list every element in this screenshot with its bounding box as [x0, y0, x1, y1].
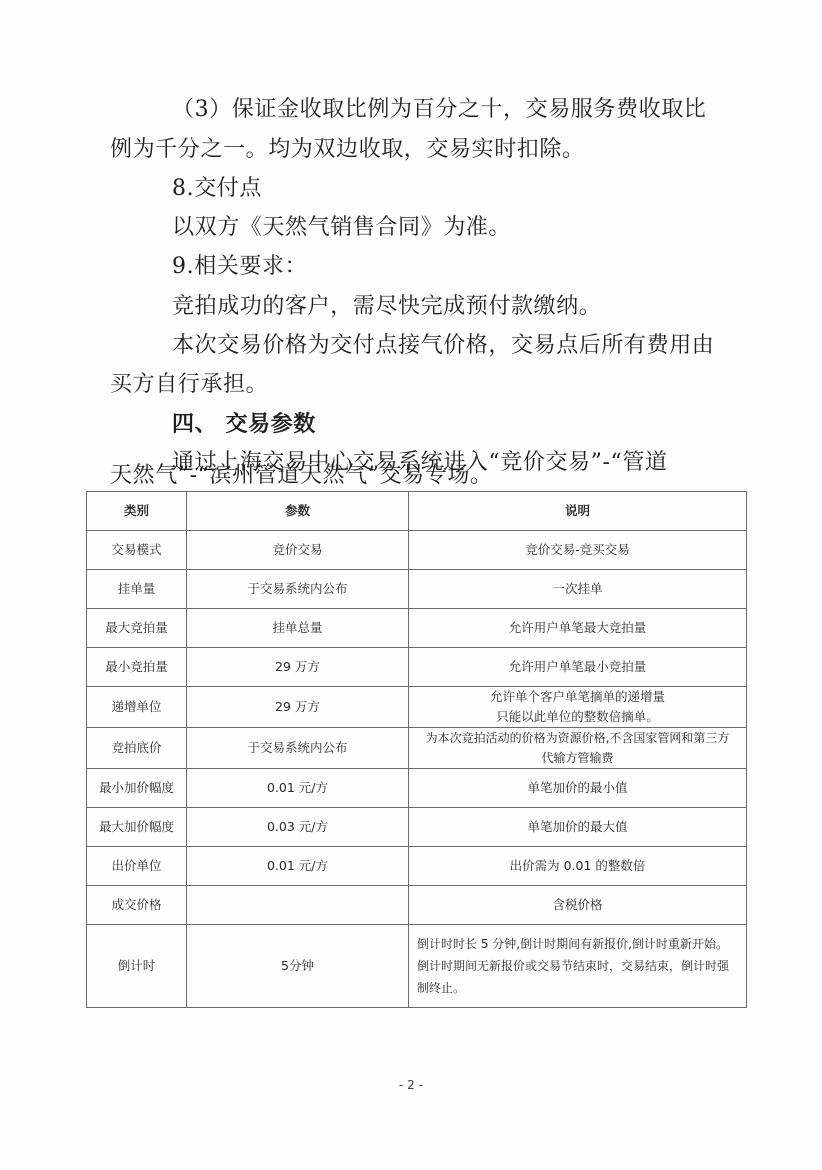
table-row: 最小加价幅度 0.01 元/方 单笔加价的最小值	[87, 769, 747, 808]
cell-desc-line: 为本次竞拍活动的价格为资源价格,不含国家管网和第三方	[413, 728, 742, 748]
cell-param	[187, 886, 409, 925]
page-number: - 2 -	[0, 1078, 822, 1092]
cell-category: 最大加价幅度	[87, 808, 187, 847]
cell-param: 29 万方	[187, 648, 409, 687]
table-row: 挂单量 于交易系统内公布 一次挂单	[87, 570, 747, 609]
table-row: 交易模式 竞价交易 竞价交易-竞买交易	[87, 531, 747, 570]
table-row: 最小竞拍量 29 万方 允许用户单笔最小竞拍量	[87, 648, 747, 687]
header-description: 说明	[409, 492, 747, 531]
cell-param: 29 万方	[187, 687, 409, 728]
cell-desc-line: 只能以此单位的整数倍摘单。	[413, 707, 742, 727]
paragraph-deposit-ratio: （3）保证金收取比例为百分之十，交易服务费收取比	[172, 99, 706, 121]
table-row: 最大加价幅度 0.03 元/方 单笔加价的最大值	[87, 808, 747, 847]
cell-category: 挂单量	[87, 570, 187, 609]
cell-desc: 含税价格	[409, 886, 747, 925]
table-row: 成交价格 含税价格	[87, 886, 747, 925]
cell-category: 倒计时	[87, 925, 187, 1008]
cell-param: 0.03 元/方	[187, 808, 409, 847]
cell-param: 5分钟	[187, 925, 409, 1008]
table-row: 竞拍底价 于交易系统内公布 为本次竞拍活动的价格为资源价格,不含国家管网和第三方…	[87, 728, 747, 769]
header-category: 类别	[87, 492, 187, 531]
heading-delivery-point: 8.交付点	[172, 178, 262, 200]
cell-param: 0.01 元/方	[187, 847, 409, 886]
cell-desc: 单笔加价的最大值	[409, 808, 747, 847]
table-row: 最大竞拍量 挂单总量 允许用户单笔最大竞拍量	[87, 609, 747, 648]
paragraph-deposit-ratio-cont: 例为千分之一。均为双边收取，交易实时扣除。	[110, 139, 585, 161]
cell-desc: 为本次竞拍活动的价格为资源价格,不含国家管网和第三方 代输方管输费	[409, 728, 747, 769]
cell-category: 出价单位	[87, 847, 187, 886]
table-header-row: 类别 参数 说明	[87, 492, 747, 531]
heading-requirements: 9.相关要求：	[172, 256, 307, 278]
cell-param: 于交易系统内公布	[187, 728, 409, 769]
cell-desc-line: 倒计时时长 5 分钟,倒计时期间有新报价,倒计时重新开始。	[417, 933, 742, 955]
cell-desc-line: 倒计时期间无新报价或交易节结束时，交易结束，倒计时强	[417, 955, 742, 977]
table-row: 出价单位 0.01 元/方 出价需为 0.01 的整数倍	[87, 847, 747, 886]
cell-desc: 一次挂单	[409, 570, 747, 609]
cell-desc: 允许用户单笔最大竞拍量	[409, 609, 747, 648]
cell-desc: 允许用户单笔最小竞拍量	[409, 648, 747, 687]
cell-desc-line: 代输方管输费	[413, 748, 742, 768]
paragraph-trade-entry-cont: 天然气”-“滨州管道天然气”交易专场。	[110, 465, 493, 487]
trade-params-table: 类别 参数 说明 交易模式 竞价交易 竞价交易-竞买交易 挂单量 于交易系统内公…	[86, 491, 747, 1008]
cell-category: 最小竞拍量	[87, 648, 187, 687]
paragraph-price-basis: 本次交易价格为交付点接气价格，交易点后所有费用由	[172, 335, 714, 357]
paragraph-prepayment: 竞拍成功的客户，需尽快完成预付款缴纳。	[172, 296, 601, 318]
table-row: 递增单位 29 万方 允许单个客户单笔摘单的递增量 只能以此单位的整数倍摘单。	[87, 687, 747, 728]
cell-category: 递增单位	[87, 687, 187, 728]
cell-param: 于交易系统内公布	[187, 570, 409, 609]
cell-desc: 出价需为 0.01 的整数倍	[409, 847, 747, 886]
cell-category: 最大竞拍量	[87, 609, 187, 648]
heading-trade-params: 四、 交易参数	[172, 413, 316, 435]
cell-desc-line: 制终止。	[417, 977, 742, 999]
paragraph-price-basis-cont: 买方自行承担。	[110, 374, 268, 396]
cell-param: 0.01 元/方	[187, 769, 409, 808]
cell-param: 挂单总量	[187, 609, 409, 648]
cell-param: 竞价交易	[187, 531, 409, 570]
paragraph-delivery-point: 以双方《天然气销售合同》为准。	[172, 217, 511, 239]
table-row: 倒计时 5分钟 倒计时时长 5 分钟,倒计时期间有新报价,倒计时重新开始。 倒计…	[87, 925, 747, 1008]
cell-category: 最小加价幅度	[87, 769, 187, 808]
cell-desc: 倒计时时长 5 分钟,倒计时期间有新报价,倒计时重新开始。 倒计时期间无新报价或…	[409, 925, 747, 1008]
cell-desc-line: 允许单个客户单笔摘单的递增量	[413, 687, 742, 707]
cell-category: 成交价格	[87, 886, 187, 925]
cell-desc: 允许单个客户单笔摘单的递增量 只能以此单位的整数倍摘单。	[409, 687, 747, 728]
cell-category: 竞拍底价	[87, 728, 187, 769]
cell-desc: 竞价交易-竞买交易	[409, 531, 747, 570]
cell-category: 交易模式	[87, 531, 187, 570]
cell-desc: 单笔加价的最小值	[409, 769, 747, 808]
header-parameter: 参数	[187, 492, 409, 531]
